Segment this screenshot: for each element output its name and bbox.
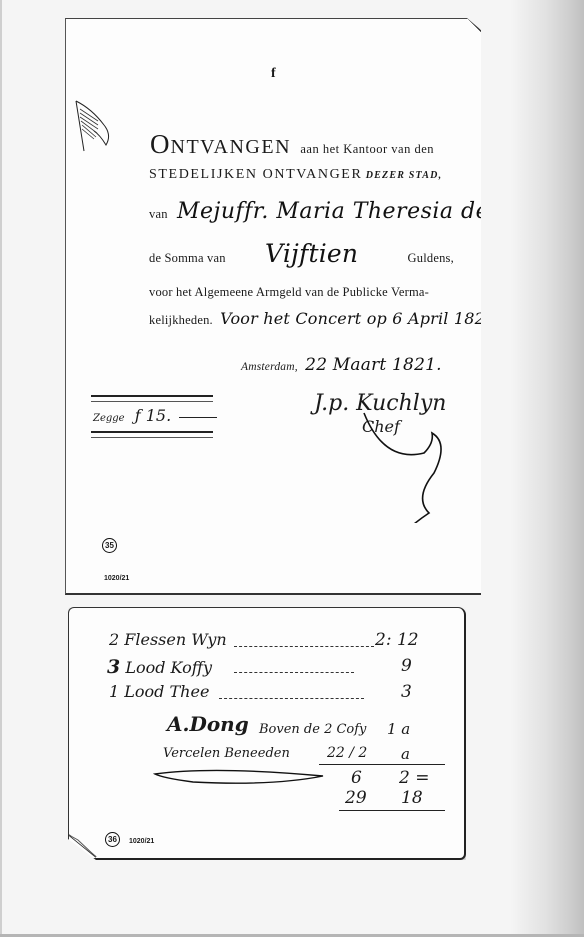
date-line: Amsterdam, 22 Maart 1821. — [241, 355, 442, 375]
zegge-bottom-rule — [91, 431, 213, 438]
signature-block: J.p. Kuchlyn Chef — [314, 391, 446, 416]
archive-ref: 1020/21 — [129, 838, 154, 845]
subtotal-left: 6 — [351, 768, 362, 788]
purpose-line-1: voor het Algemeene Armgeld van de Public… — [149, 285, 429, 300]
note-item: Lood Koffy — [125, 658, 212, 677]
boven-value: 1 a — [387, 720, 410, 738]
heading-rest: aan het Kantoor van den — [300, 142, 434, 156]
folio-number-badge: 36 — [105, 832, 120, 847]
zegge-text: Zegge ƒ 15. — [91, 402, 213, 431]
archive-ref: 1020/21 — [104, 575, 129, 582]
heading-word: NTVANGEN — [171, 136, 292, 158]
office-caps: STEDELIJKEN ONTVANGER — [149, 167, 362, 182]
beneden-value: a — [401, 745, 410, 763]
amount-handwritten: Vijftien — [265, 239, 358, 268]
date-handwritten: 22 Maart 1821. — [305, 355, 442, 375]
total-left: 29 — [345, 788, 367, 808]
heading-line: ONTVANGEN aan het Kantoor van den — [150, 129, 434, 160]
folded-corner-icon — [68, 834, 98, 858]
note-row: 2 Flessen Wyn — [109, 630, 227, 649]
note-amount: 2: 12 — [375, 630, 419, 650]
zegge-top-rule — [91, 395, 213, 402]
purpose-line-2: kelijkheden. Voor het Concert op 6 April… — [149, 309, 501, 328]
folio-number-badge: 35 — [102, 538, 117, 553]
subtotal-right: 2 = — [399, 768, 429, 788]
boven-label: Boven de 2 Cofy — [259, 722, 366, 737]
amount-line: de Somma van Vijftien Guldens, — [149, 239, 454, 268]
place-label: Amsterdam, — [241, 361, 298, 373]
zegge-flourish — [179, 417, 217, 418]
note-leader — [219, 698, 364, 699]
purpose-label: kelijkheden. — [149, 313, 213, 327]
office-italic: DEZER STAD, — [366, 170, 443, 181]
note-leader — [234, 646, 374, 647]
flourish-mark-icon — [72, 91, 122, 161]
heading-initial: O — [150, 129, 171, 159]
zegge-label: Zegge — [93, 413, 125, 424]
beneden-mid: 22 / 2 — [327, 745, 367, 761]
note-leader — [234, 672, 354, 673]
zegge-box: Zegge ƒ 15. — [91, 395, 213, 438]
note-qty: 3 — [107, 656, 120, 678]
page-mark: f — [271, 66, 276, 82]
expense-note: 2 Flessen Wyn 2: 12 3 Lood Koffy 9 1 Loo… — [68, 607, 466, 860]
zegge-amount: ƒ 15. — [135, 406, 171, 425]
total-rule — [339, 810, 445, 811]
note-item: Lood Thee — [124, 682, 209, 701]
receipt-document: f ONTVANGEN aan het Kantoor van den STED… — [65, 18, 484, 595]
office-line: STEDELIJKEN ONTVANGER DEZER STAD, — [149, 167, 442, 183]
note-amount: 9 — [401, 656, 412, 676]
note-signature: A.Dong — [167, 712, 249, 736]
note-flourish-icon — [153, 760, 333, 790]
subtotal-rule — [319, 764, 445, 765]
note-row: 3 Lood Koffy — [107, 656, 212, 678]
note-qty: 2 — [109, 630, 119, 649]
somma-label: de Somma van — [149, 251, 226, 265]
note-qty: 1 — [109, 682, 119, 701]
purpose-handwritten: Voor het Concert op 6 April 1821. — [220, 309, 501, 328]
signature-flourish-icon — [354, 403, 444, 523]
note-amount: 3 — [401, 682, 412, 702]
total-right: 18 — [401, 788, 423, 808]
note-item: Flessen Wyn — [124, 630, 226, 649]
currency-label: Guldens, — [408, 251, 454, 265]
note-row: 1 Lood Thee — [109, 682, 209, 701]
van-label: van — [149, 207, 168, 221]
beneden-label: Vercelen Beneeden — [163, 746, 290, 761]
